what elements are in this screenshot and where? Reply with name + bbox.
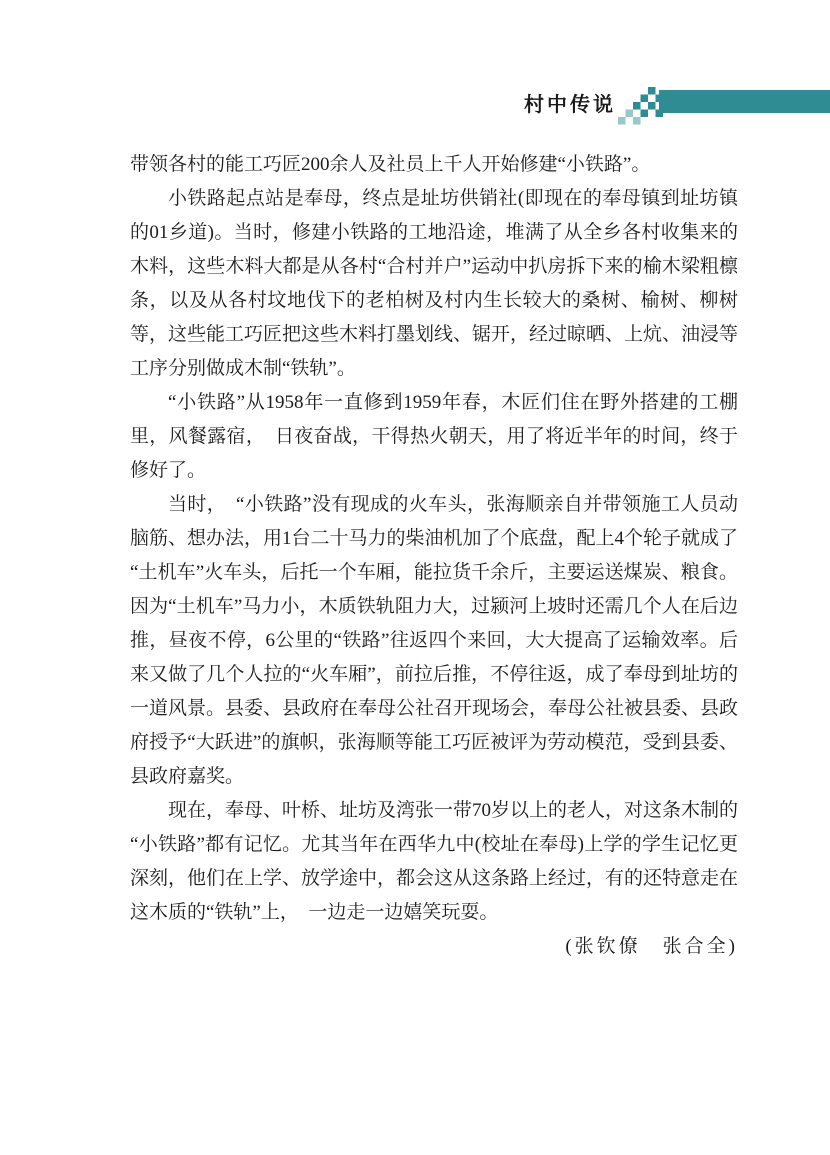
body-paragraph: 小铁路起点站是奉母，终点是址坊供销社(即现在的奉母镇到址坊镇的01乡道)。当时，…: [130, 182, 738, 386]
header-accent-bar: [659, 90, 830, 113]
body-paragraph: 当时， “小铁路”没有现成的火车头，张海顺亲自并带领施工人员动脑筋、想办法，用1…: [130, 488, 738, 794]
body-paragraph: 现在，奉母、叶桥、址坊及湾张一带70岁以上的老人，对这条木制的“小铁路”都有记忆…: [130, 794, 738, 930]
document-page: 村中传说 带领各村的能工巧匠200余人及社员上千人开始修建“小铁路”。 小铁路起…: [0, 0, 830, 1155]
body-paragraph: 带领各村的能工巧匠200余人及社员上千人开始修建“小铁路”。: [130, 148, 738, 182]
article-body: 带领各村的能工巧匠200余人及社员上千人开始修建“小铁路”。 小铁路起点站是奉母…: [130, 148, 738, 964]
body-paragraph: “小铁路”从1958年一直修到1959年春，木匠们住在野外搭建的工棚里，风餐露宿…: [130, 386, 738, 488]
author-signature: (张钦僚 张合全): [130, 930, 738, 964]
checker-decoration-icon: [618, 87, 663, 125]
section-title: 村中传说: [524, 88, 616, 117]
